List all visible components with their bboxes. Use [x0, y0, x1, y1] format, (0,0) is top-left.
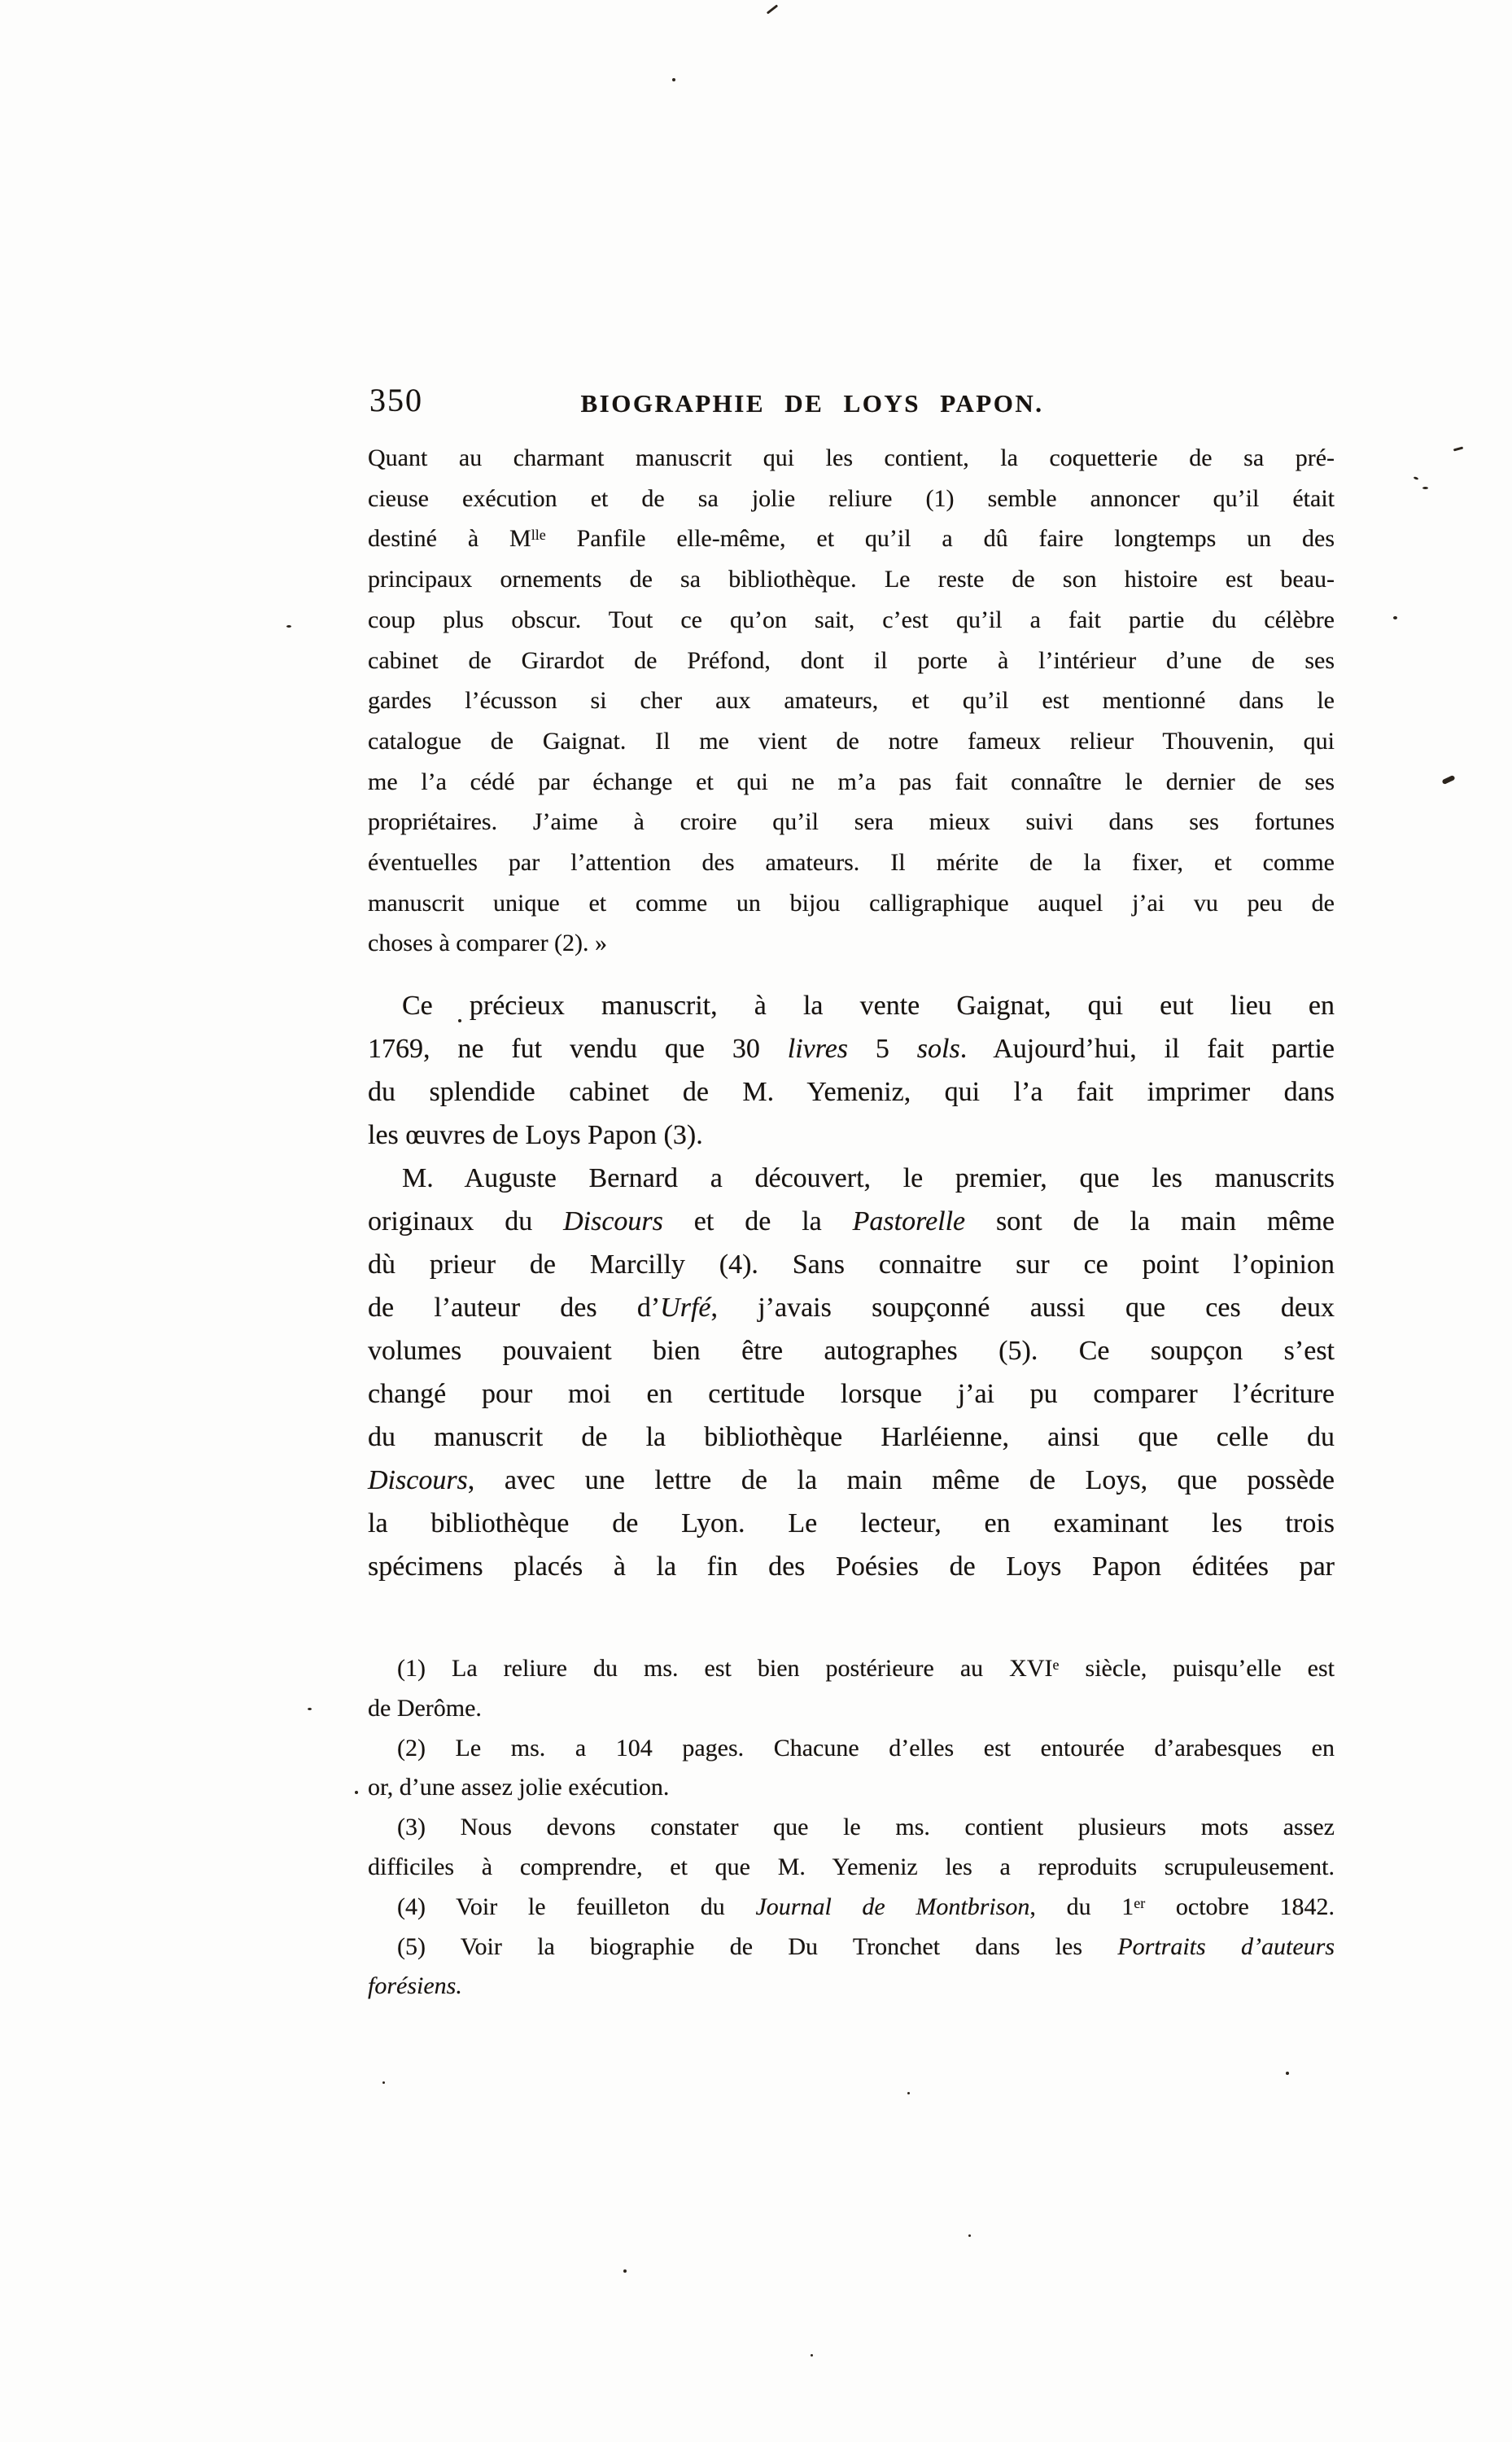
- text-line: (3) Nous devons constater que le ms. con…: [368, 1808, 1335, 1848]
- text-line: dù prieur de Marcilly (4). Sans connaitr…: [368, 1243, 1335, 1286]
- page-header: 350 BIOGRAPHIE DE LOYS PAPON.: [368, 383, 1335, 423]
- text-line: (1) La reliure du ms. est bien postérieu…: [368, 1649, 1335, 1689]
- quoted-passage: Quant au charmant manuscrit qui les cont…: [368, 438, 1335, 964]
- paragraph-2: M. Auguste Bernard a découvert, le premi…: [368, 1157, 1335, 1588]
- text-line: difficiles à comprendre, et que M. Yemen…: [368, 1848, 1335, 1888]
- text-line: M. Auguste Bernard a découvert, le premi…: [368, 1157, 1335, 1200]
- text-line: coup plus obscur. Tout ce qu’on sait, c’…: [368, 600, 1335, 641]
- text-line: éventuelles par l’attention des amateurs…: [368, 842, 1335, 883]
- scan-speck: [623, 2269, 627, 2273]
- scan-speck: [672, 78, 675, 81]
- scan-speck: [308, 1708, 312, 1710]
- text-line: Quant au charmant manuscrit qui les cont…: [368, 438, 1335, 479]
- footnote-2: (2) Le ms. a 104 pages. Chacune d’elles …: [368, 1729, 1335, 1809]
- text-line: du splendide cabinet de M. Yemeniz, qui …: [368, 1070, 1335, 1114]
- text-line: de Derôme.: [368, 1689, 1335, 1729]
- footnote-1: (1) La reliure du ms. est bien postérieu…: [368, 1649, 1335, 1729]
- text-line: (4) Voir le feuilleton du Journal de Mon…: [368, 1888, 1335, 1928]
- text-line: (2) Le ms. a 104 pages. Chacune d’elles …: [368, 1729, 1335, 1769]
- scan-speck: [1422, 487, 1428, 489]
- footnote-5: (5) Voir la biographie de Du Tronchet da…: [368, 1928, 1335, 2007]
- scan-speck: [286, 625, 291, 628]
- text-line: cieuse exécution et de sa jolie reliure …: [368, 479, 1335, 519]
- paragraph-1: Ce précieux manuscrit, à la vente Gaigna…: [368, 984, 1335, 1157]
- text-line: propriétaires. J’aime à croire qu’il ser…: [368, 802, 1335, 842]
- text-line: choses à comparer (2). »: [368, 923, 1335, 964]
- text-line: 1769, ne fut vendu que 30 livres 5 sols.…: [368, 1027, 1335, 1070]
- text-line: catalogue de Gaignat. Il me vient de not…: [368, 721, 1335, 762]
- scanned-book-page: 350 BIOGRAPHIE DE LOYS PAPON. Quant au c…: [0, 0, 1512, 2442]
- text-line: (5) Voir la biographie de Du Tronchet da…: [368, 1928, 1335, 1967]
- text-line: originaux du Discours et de la Pastorell…: [368, 1200, 1335, 1243]
- text-line: or, d’une assez jolie exécution.: [368, 1768, 1335, 1808]
- text-line: changé pour moi en certitude lorsque j’a…: [368, 1372, 1335, 1416]
- scan-speck: [355, 1791, 358, 1794]
- page-number: 350: [369, 383, 423, 418]
- scan-speck: [1453, 446, 1463, 451]
- text-line: principaux ornements de sa bibliothèque.…: [368, 559, 1335, 600]
- scan-speck: [811, 2354, 813, 2357]
- scan-speck: [1286, 2072, 1289, 2075]
- scan-speck: [1393, 616, 1397, 619]
- text-line: Ce précieux manuscrit, à la vente Gaigna…: [368, 984, 1335, 1027]
- scan-speck: [968, 2234, 971, 2237]
- main-text: Ce précieux manuscrit, à la vente Gaigna…: [368, 984, 1335, 1588]
- text-line: forésiens.: [368, 1967, 1335, 2007]
- footnotes: (1) La reliure du ms. est bien postérieu…: [368, 1649, 1335, 2007]
- text-line: la bibliothèque de Lyon. Le lecteur, en …: [368, 1502, 1335, 1545]
- text-line: Discours, avec une lettre de la main mêm…: [368, 1459, 1335, 1502]
- text-line: cabinet de Girardot de Préfond, dont il …: [368, 641, 1335, 681]
- scan-speck: [1414, 476, 1419, 480]
- text-line: les œuvres de Loys Papon (3).: [368, 1114, 1335, 1157]
- text-line: me l’a cédé par échange et qui ne m’a pa…: [368, 762, 1335, 803]
- text-line: du manuscrit de la bibliothèque Harléien…: [368, 1416, 1335, 1459]
- text-line: gardes l’écusson si cher aux amateurs, e…: [368, 681, 1335, 721]
- text-line: volumes pouvaient bien être autographes …: [368, 1329, 1335, 1372]
- text-line: destiné à Mlle Panfile elle-même, et qu’…: [368, 519, 1335, 559]
- scan-speck: [1441, 775, 1455, 785]
- scan-speck: [382, 2081, 385, 2084]
- text-line: de l’auteur des d’Urfé, j’avais soupçonn…: [368, 1286, 1335, 1329]
- text-line: spécimens placés à la fin des Poésies de…: [368, 1545, 1335, 1588]
- footnote-4: (4) Voir le feuilleton du Journal de Mon…: [368, 1888, 1335, 1928]
- scan-speck: [767, 4, 778, 14]
- text-line: manuscrit unique et comme un bijou calli…: [368, 883, 1335, 924]
- footnote-3: (3) Nous devons constater que le ms. con…: [368, 1808, 1335, 1888]
- running-title: BIOGRAPHIE DE LOYS PAPON.: [581, 389, 1044, 418]
- scan-speck: [907, 2092, 910, 2094]
